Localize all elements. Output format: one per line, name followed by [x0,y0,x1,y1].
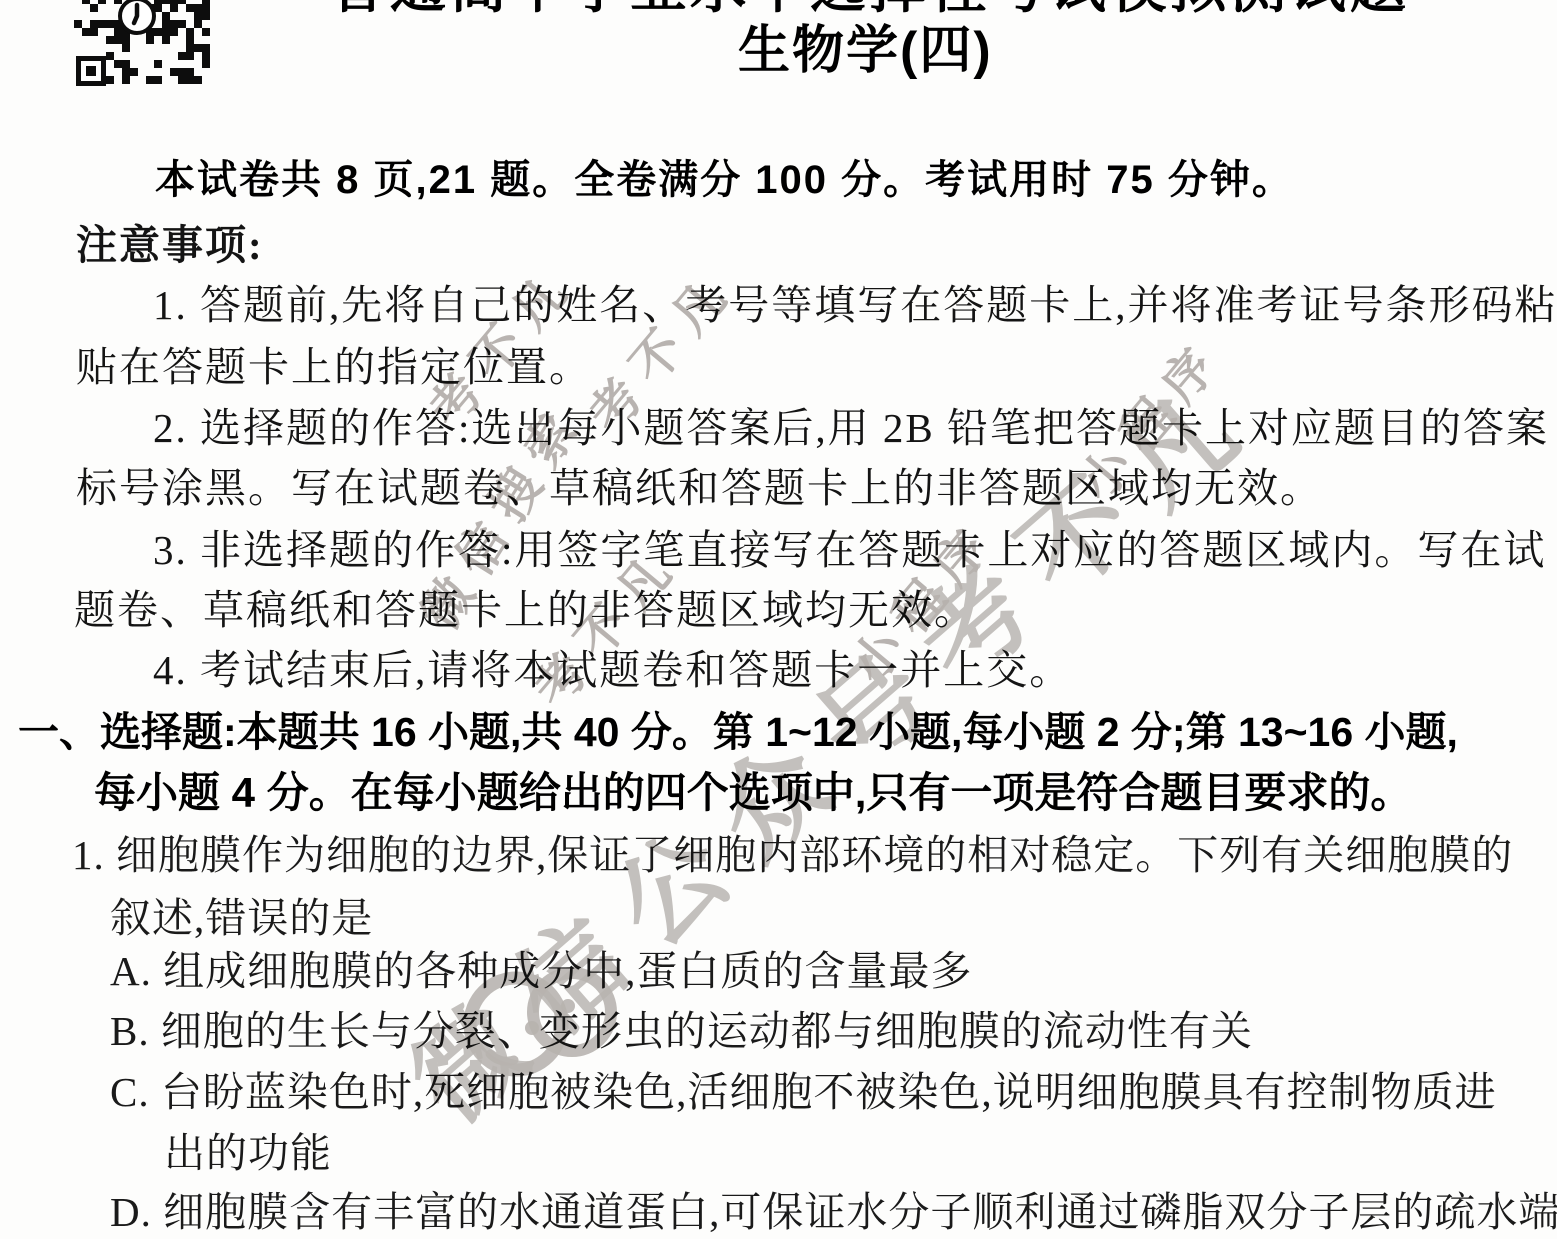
question-1-option-b: B. 细胞的生长与分裂、变形虫的运动都与细胞膜的流动性有关 [110,1007,1253,1056]
section-heading-line-1: 一、选择题:本题共 16 小题,共 40 分。第 1~12 小题,每小题 2 分… [18,708,1458,757]
note-2-line-1: 2. 选择题的作答:选出每小题答案后,用 2B 铅笔把答题卡上对应题目的答案 [153,404,1549,453]
qr-code [74,0,210,92]
note-2-line-2: 标号涂黑。写在试题卷、草稿纸和答题卡上的非答题区域均无效。 [76,464,1323,513]
question-1-line-1: 1. 细胞膜作为细胞的边界,保证了细胞内部环境的相对稳定。下列有关细胞膜的 [72,831,1513,880]
note-1-line-2: 贴在答题卡上的指定位置。 [76,343,592,392]
question-1-option-c-line-1: C. 台盼蓝染色时,死细胞被染色,活细胞不被染色,说明细胞膜具有控制物质进 [110,1068,1497,1117]
exam-paper-page: 普通高中学业水平选择性考试模拟测试题 生物学(四) 本试卷共 8 页,21 题。… [0,0,1557,1239]
question-1-line-2: 叙述,错误的是 [110,894,373,943]
question-1-option-c-line-2: 出的功能 [164,1129,332,1178]
notice-label: 注意事项: [76,221,264,270]
exam-info-line: 本试卷共 8 页,21 题。全卷满分 100 分。考试用时 75 分钟。 [155,156,1294,204]
clock-icon [120,0,154,33]
note-1-line-1: 1. 答题前,先将自己的姓名、考号等填写在答题卡上,并将准考证号条形码粘 [153,281,1557,330]
question-1-option-d: D. 细胞膜含有丰富的水通道蛋白,可保证水分子顺利通过磷脂双分子层的疏水端 [110,1188,1557,1237]
paper-title: 生物学(四) [738,20,993,82]
qr-finder-pattern [76,56,106,86]
section-heading-line-2: 每小题 4 分。在每小题给出的四个选项中,只有一项是符合题目要求的。 [94,768,1412,818]
clipped-header-line: 普通高中学业水平选择性考试模拟测试题 [330,0,1410,21]
question-1-option-a: A. 组成细胞膜的各种成分中,蛋白质的含量最多 [110,947,972,996]
note-3-line-2: 题卷、草稿纸和答题卡上的非答题区域均无效。 [74,586,977,635]
note-4-line: 4. 考试结束后,请将本试题卷和答题卡一并上交。 [153,646,1072,695]
note-3-line-1: 3. 非选择题的作答:用签字笔直接写在答题卡上对应的答题区域内。写在试 [153,526,1546,575]
